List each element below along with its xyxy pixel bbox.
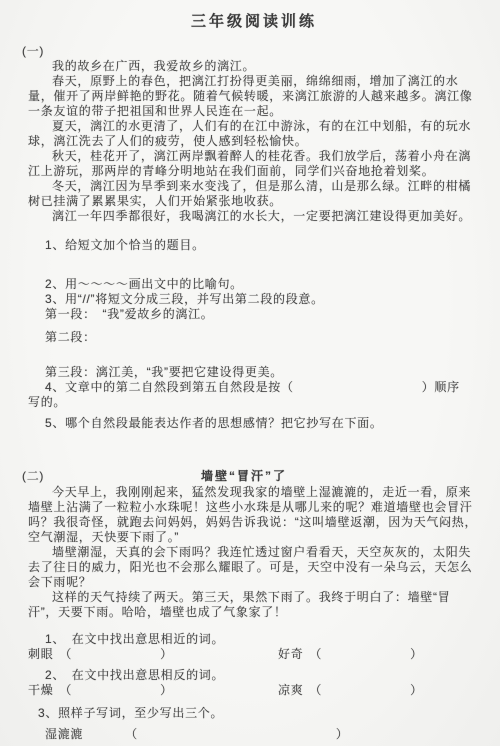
page-title: 三年级阅读训练 bbox=[28, 14, 480, 29]
paren-open: （ bbox=[59, 647, 72, 661]
question-4-text: 4、文章中的第二自然段到第五自然段是按（ bbox=[45, 380, 294, 394]
question-2: 2、用～～～～画出文中的比喻句。 bbox=[28, 277, 480, 292]
word-pair: 刺眼（） bbox=[28, 647, 278, 662]
paragraph: 今天早上，我刚刚起来，猛然发现我家的墙壁上湿漉漉的，走近一看，原来墙壁上沾满了一… bbox=[28, 485, 480, 545]
antonym-row: 干燥（）凉爽（） bbox=[28, 683, 480, 698]
question-2: 2、 在文中找出意思相反的词。 bbox=[28, 668, 480, 683]
paren-close: ） bbox=[160, 683, 173, 697]
segment-3-answer: 第三段：漓江美，“我”要把它建设得更美。 bbox=[28, 365, 480, 380]
section-2: (二) 墙壁“冒汗”了 今天早上，我刚刚起来，猛然发现我家的墙壁上湿漉漉的，走近… bbox=[28, 469, 480, 742]
section-1-label: (一) bbox=[22, 44, 480, 59]
segment-1-answer: 第一段： “我”爱故乡的漓江。 bbox=[28, 307, 480, 322]
word-label: 凉爽 bbox=[278, 683, 303, 697]
paragraph: 漓江一年四季都很好，我喝漓江的水长大，一定要把漓江建设得更加美好。 bbox=[28, 209, 480, 224]
paren-close: ） bbox=[410, 683, 423, 697]
paragraph: 春天，原野上的春色，把漓江打扮得更美丽，绵绵细雨，增加了漓江的水量，催开了两岸鲜… bbox=[28, 74, 480, 119]
paren-open: （ bbox=[125, 727, 138, 741]
question-1: 1、 在文中找出意思相近的词。 bbox=[28, 632, 480, 647]
example-word: 湿漉漉 bbox=[45, 727, 83, 741]
question-4-continuation: 写的。 bbox=[28, 395, 480, 410]
question-3: 3、照样子写词，至少写出三个。 bbox=[28, 706, 480, 721]
question-3: 3、用“//”将短文分成三段，并写出第二段的段意。 bbox=[28, 292, 480, 307]
word-label: 刺眼 bbox=[28, 647, 53, 661]
paragraph: 秋天，桂花开了，漓江两岸飘着醉人的桂花香。我们放学后，荡着小舟在漓江上游玩，那两… bbox=[28, 149, 480, 179]
question-1: 1、给短文加个恰当的题目。 bbox=[28, 238, 480, 253]
word-label: 干燥 bbox=[28, 683, 53, 697]
paren-open: （ bbox=[59, 683, 72, 697]
section-2-header: (二) 墙壁“冒汗”了 bbox=[28, 469, 480, 485]
paren-close: ） bbox=[336, 727, 349, 741]
paren-open: （ bbox=[309, 647, 322, 661]
worksheet-page: 三年级阅读训练 (一) 我的故乡在广西，我爱故乡的漓江。 春天，原野上的春色，把… bbox=[0, 0, 500, 746]
paragraph: 这样的天气持续了两天。第三天，果然下雨了。我终于明白了：墙壁“冒汗”，天要下雨。… bbox=[28, 590, 480, 620]
word-pair: 凉爽（） bbox=[278, 683, 423, 697]
paragraph: 我的故乡在广西，我爱故乡的漓江。 bbox=[28, 59, 480, 74]
paragraph: 夏天，漓江的水更清了，人们有的在江中游泳，有的在江中划船，有的玩水球，漓江洗去了… bbox=[28, 119, 480, 149]
example-row: 湿漉漉（） bbox=[28, 727, 480, 742]
word-pair: 干燥（） bbox=[28, 683, 278, 698]
paren-close: ） bbox=[410, 647, 423, 661]
segment-2-answer: 第二段： bbox=[28, 330, 480, 345]
paragraph: 冬天，漓江因为旱季到来水变浅了，但是那么清，山是那么绿。江畔的柑橘树已挂满了累累… bbox=[28, 179, 480, 209]
question-4: 4、文章中的第二自然段到第五自然段是按（）顺序 bbox=[28, 380, 480, 395]
question-4-tail: ）顺序 bbox=[422, 380, 460, 394]
synonym-row: 刺眼（）好奇（） bbox=[28, 647, 480, 662]
word-pair: 好奇（） bbox=[278, 647, 423, 661]
question-5: 5、哪个自然段最能表达作者的思想感情？把它抄写在下面。 bbox=[28, 416, 480, 431]
paragraph: 墙壁潮湿，天真的会下雨吗？我连忙透过窗户看看天，天空灰灰的，太阳失去了往日的威力… bbox=[28, 545, 480, 590]
paren-open: （ bbox=[309, 683, 322, 697]
section-2-title: 墙壁“冒汗”了 bbox=[28, 469, 460, 484]
word-label: 好奇 bbox=[278, 647, 303, 661]
section-2-label: (二) bbox=[22, 469, 44, 484]
paren-close: ） bbox=[160, 647, 173, 661]
section-1: (一) 我的故乡在广西，我爱故乡的漓江。 春天，原野上的春色，把漓江打扮得更美丽… bbox=[28, 44, 480, 431]
